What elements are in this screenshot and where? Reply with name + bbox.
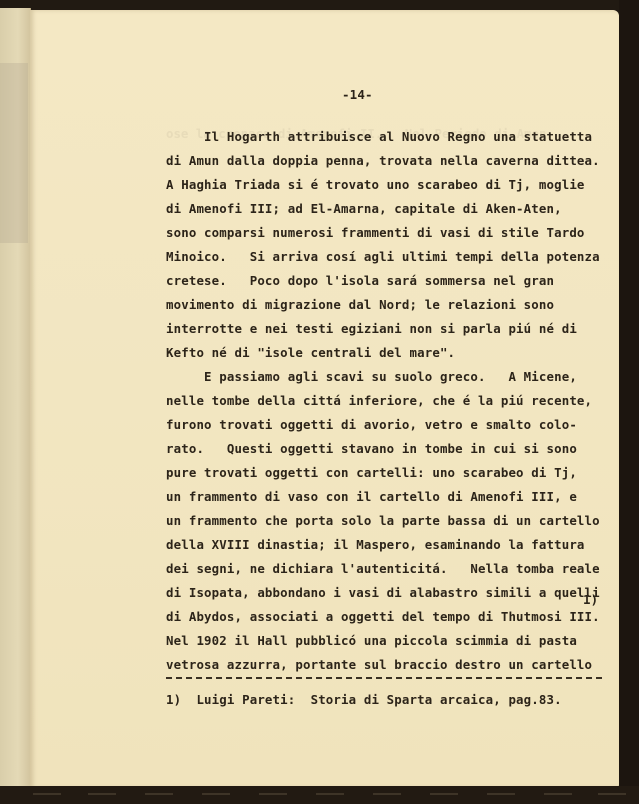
bottom-dash: [373, 793, 401, 795]
bottom-dash: [487, 793, 515, 795]
text-line: un frammento che porta solo la parte bas…: [166, 515, 600, 527]
scanner-bottom-edge: [0, 786, 639, 804]
scanner-top-edge: [0, 0, 639, 10]
text-line: A Haghia Triada si é trovato uno scarabe…: [166, 179, 585, 191]
text-line: rato. Questi oggetti stavano in tombe in…: [166, 443, 577, 455]
text-line: cretese. Poco dopo l'isola sará sommersa…: [166, 275, 554, 287]
footnote-separator: [166, 677, 602, 679]
bottom-dash: [33, 793, 61, 795]
bottom-dash: [259, 793, 287, 795]
text-line: dei segni, ne dichiara l'autenticitá. Ne…: [166, 563, 600, 575]
text-line: Kefto né di "isole centrali del mare".: [166, 347, 455, 359]
bottom-dash: [202, 793, 230, 795]
bottom-dash: [88, 793, 116, 795]
text-line: di Amenofi III; ad El-Amarna, capitale d…: [166, 203, 562, 215]
text-line: un frammento di vaso con il cartello di …: [166, 491, 577, 503]
previous-page-edge: [0, 8, 31, 798]
text-line: pure trovati oggetti con cartelli: uno s…: [166, 467, 577, 479]
text-line: Il Hogarth attribuisce al Nuovo Regno un…: [166, 131, 592, 143]
text-line: di Amun dalla doppia penna, trovata nell…: [166, 155, 600, 167]
text-line: nelle tombe della cittá inferiore, che é…: [166, 395, 592, 407]
text-line: di Isopata, abbondano i vasi di alabastr…: [166, 587, 600, 599]
footnote-reference-marker: 1): [583, 594, 598, 606]
text-line: furono trovati oggetti di avorio, vetro …: [166, 419, 577, 431]
text-line: sono comparsi numerosi frammenti di vasi…: [166, 227, 585, 239]
text-line: interrotte e nei testi egiziani non si p…: [166, 323, 577, 335]
bottom-dash: [430, 793, 458, 795]
text-line: Nel 1902 il Hall pubblicó una piccola sc…: [166, 635, 577, 647]
footnote: 1) Luigi Pareti: Storia di Sparta arcaic…: [166, 694, 562, 706]
bottom-dash: [544, 793, 572, 795]
page-stain: [0, 63, 28, 243]
text-line: Minoico. Si arriva cosí agli ultimi temp…: [166, 251, 600, 263]
bottom-dash: [598, 793, 626, 795]
text-line: di Abydos, associati a oggetti del tempo…: [166, 611, 600, 623]
text-line: della XVIII dinastia; il Maspero, esamin…: [166, 539, 585, 551]
scanner-right-edge: [619, 0, 639, 804]
text-line: vetrosa azzurra, portante sul braccio de…: [166, 659, 592, 671]
page-number: -14-: [342, 89, 373, 102]
bottom-dash: [145, 793, 173, 795]
text-line: movimento di migrazione dal Nord; le rel…: [166, 299, 554, 311]
bottom-dash: [316, 793, 344, 795]
text-line: E passiamo agli scavi su suolo greco. A …: [166, 371, 577, 383]
